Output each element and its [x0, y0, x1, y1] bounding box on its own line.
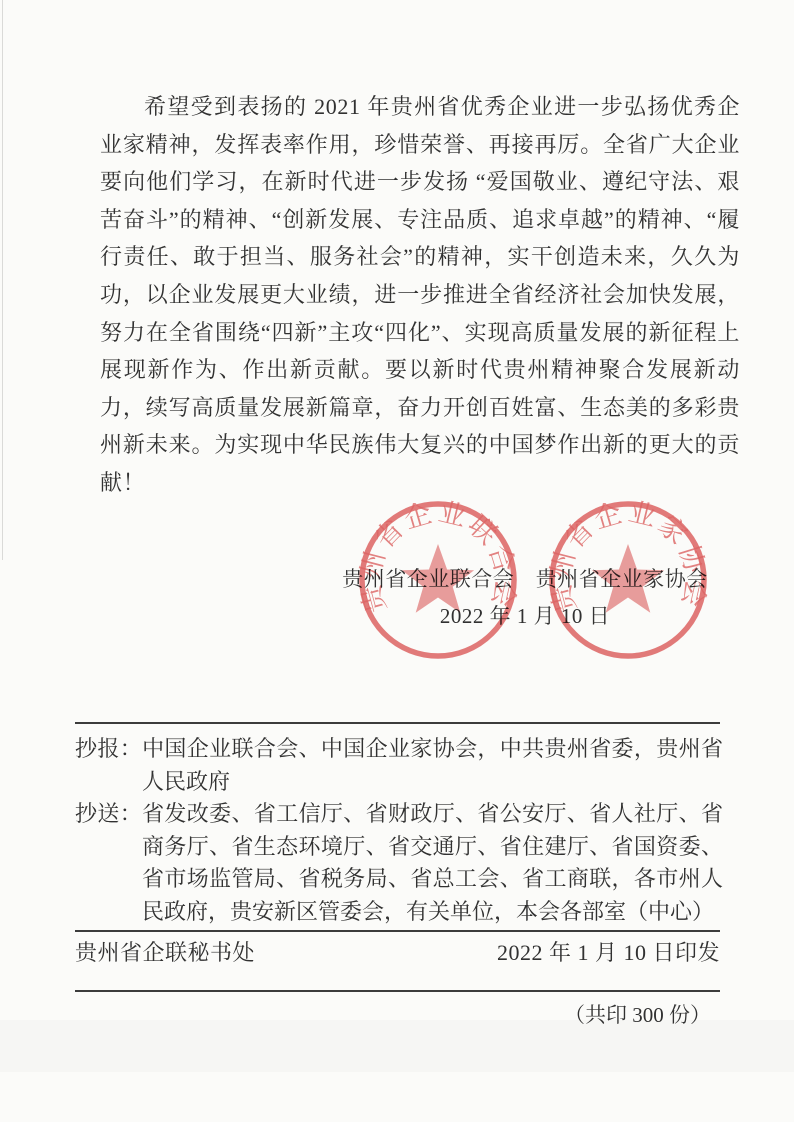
- star-icon: [592, 544, 664, 613]
- distribution-block: 抄报：中国企业联合会、中国企业家协会，中共贵州省委，贵州省人民政府 抄送：省发改…: [75, 733, 723, 928]
- copy-report-label: 抄报：: [75, 736, 142, 761]
- print-date: 2022 年 1 月 10 日印发: [497, 939, 720, 967]
- separator-line-middle: [75, 930, 720, 932]
- print-copies: （共印 300 份）: [75, 1001, 711, 1029]
- separator-line-top: [75, 722, 720, 724]
- scan-edge-artifact: [2, 0, 3, 560]
- closing-paragraph: 希望受到表扬的 2021 年贵州省优秀企业进一步弘扬优秀企业家精神，发挥表率作用…: [100, 88, 740, 502]
- official-seal-left-icon: 贵州省企业联合会: [352, 494, 524, 666]
- copy-send-row: 抄送：省发改委、省工信厅、省财政厅、省公安厅、省人社厅、省商务厅、省生态环境厅、…: [75, 798, 723, 928]
- separator-line-bottom: [75, 990, 720, 992]
- copy-report-row: 抄报：中国企业联合会、中国企业家协会，中共贵州省委，贵州省人民政府: [75, 733, 723, 798]
- copy-send-list: 省发改委、省工信厅、省财政厅、省公安厅、省人社厅、省商务厅、省生态环境厅、省交通…: [142, 801, 723, 924]
- document-page: 希望受到表扬的 2021 年贵州省优秀企业进一步弘扬优秀企业家精神，发挥表率作用…: [0, 0, 794, 1122]
- issuer-name: 贵州省企联秘书处: [75, 939, 255, 967]
- copy-report-list: 中国企业联合会、中国企业家协会，中共贵州省委，贵州省人民政府: [142, 736, 723, 794]
- issuer-row: 贵州省企联秘书处 2022 年 1 月 10 日印发: [75, 939, 720, 967]
- star-icon: [402, 544, 474, 613]
- copy-send-label: 抄送：: [75, 801, 142, 826]
- official-seal-right-icon: 贵州省企业家协会: [542, 494, 714, 666]
